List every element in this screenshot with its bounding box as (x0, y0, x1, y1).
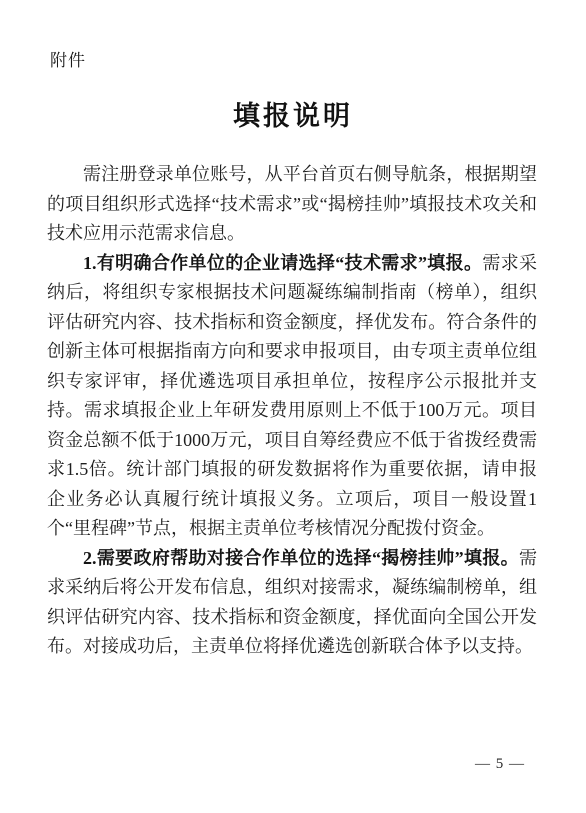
paragraph-text: 需求采纳后，将组织专家根据技术问题凝练编制指南（榜单），组织评估研究内容、技术指… (47, 253, 537, 539)
paragraph-bold-lead: 1.有明确合作单位的企业请选择“技术需求”填报。 (83, 253, 482, 273)
paragraph-bold-lead: 2.需要政府帮助对接合作单位的选择“揭榜挂帅”填报。 (83, 548, 519, 568)
paragraph: 需注册登录单位账号，从平台首页右侧导航条，根据期望的项目组织形式选择“技术需求”… (47, 160, 537, 249)
page-title: 填报说明 (0, 94, 586, 133)
page-number: — 5 — (475, 756, 525, 773)
paragraph: 2.需要政府帮助对接合作单位的选择“揭榜挂帅”填报。需求采纳后将公开发布信息，组… (47, 544, 537, 662)
paragraph: 1.有明确合作单位的企业请选择“技术需求”填报。需求采纳后，将组织专家根据技术问… (47, 249, 537, 544)
document-body: 需注册登录单位账号，从平台首页右侧导航条，根据期望的项目组织形式选择“技术需求”… (47, 160, 537, 662)
paragraph-text: 需注册登录单位账号，从平台首页右侧导航条，根据期望的项目组织形式选择“技术需求”… (47, 164, 537, 243)
document-page: 附件 填报说明 需注册登录单位账号，从平台首页右侧导航条，根据期望的项目组织形式… (0, 0, 586, 813)
attachment-label: 附件 (50, 46, 86, 71)
